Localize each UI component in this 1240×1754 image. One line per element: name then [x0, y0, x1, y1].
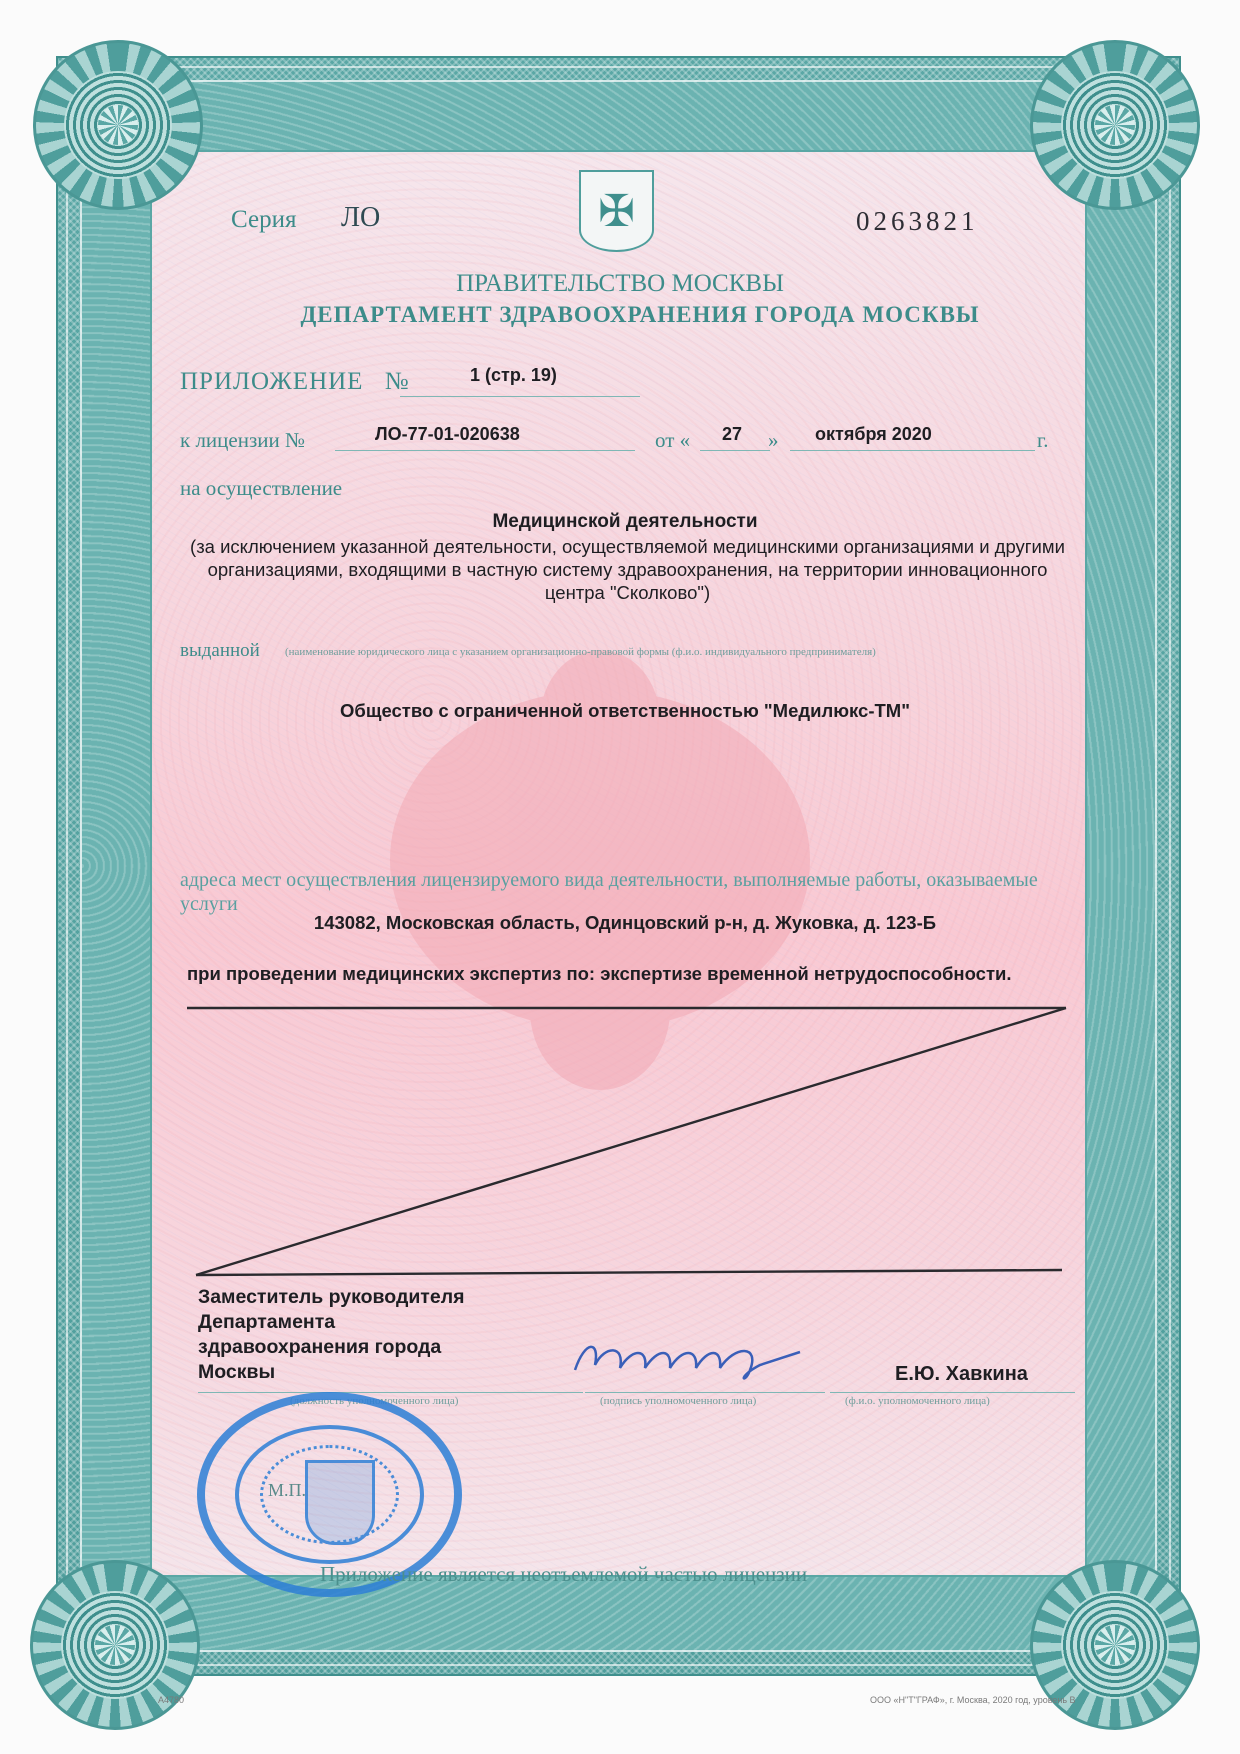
signature-hint: (подпись уполномоченного лица)	[600, 1395, 756, 1407]
stamp-place-label: М.П.	[268, 1480, 306, 1501]
appendix-note: Приложение является неотъемлемой частью …	[320, 1562, 807, 1587]
moscow-coat-of-arms-icon	[305, 1460, 375, 1545]
signatory-name: Е.Ю. Хавкина	[895, 1363, 1028, 1386]
form-code: А4780	[158, 1695, 184, 1705]
printer-info: ООО «Н"Т"ГРАФ», г. Москва, 2020 год, уро…	[870, 1695, 1076, 1705]
signature-icon	[0, 0, 1240, 1754]
name-hint: (ф.и.о. уполномоченного лица)	[845, 1395, 990, 1407]
license-appendix-page: Серия ЛО ✠ 0263821 ПРАВИТЕЛЬСТВО МОСКВЫ …	[0, 0, 1240, 1754]
